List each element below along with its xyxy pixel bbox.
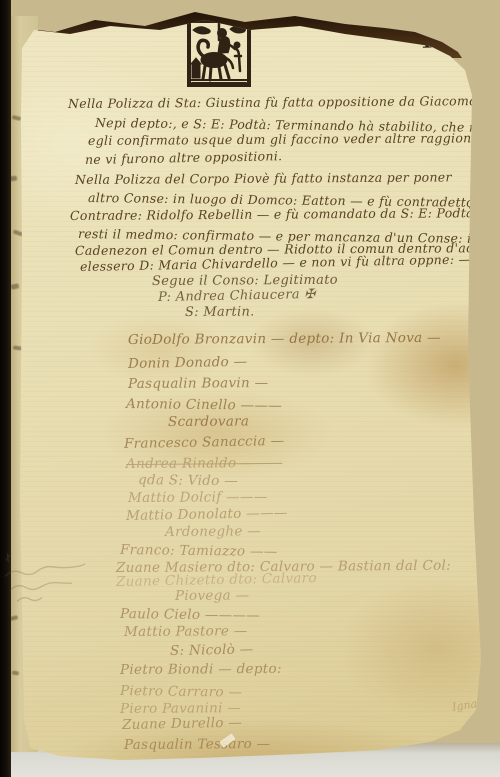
paragraph1-line: ne vi furono altre oppositioni. bbox=[85, 148, 283, 167]
roster-entry: Mattio Donolato ——— bbox=[126, 505, 288, 524]
roster-entry: Francesco Sanaccia — bbox=[124, 433, 285, 452]
ink-showthrough-mark bbox=[13, 345, 22, 350]
book-spine-edge bbox=[0, 0, 11, 777]
roster-entry: qda S: Vido — bbox=[138, 472, 238, 489]
closing-line: S: Martin. bbox=[185, 305, 255, 320]
paragraph1-line: egli confirmato usque dum gli faccino ve… bbox=[88, 130, 492, 148]
paragraph1-line: Nella Polizza di Sta: Giustina fù fatta … bbox=[68, 93, 494, 111]
photo-canvas: 157 bbox=[0, 0, 500, 777]
roster-entry: GioDolfo Bronzavin — depto: In Via Nova … bbox=[128, 330, 441, 348]
corner-catchword: Ignara bbox=[451, 695, 489, 714]
ink-showthrough-mark bbox=[11, 283, 20, 290]
roster-entry-struck: Andrea Rinaldo ——— bbox=[126, 455, 282, 472]
ink-showthrough-mark bbox=[13, 229, 24, 236]
closing-line: P: Andrea Chiaucera ✠ bbox=[158, 287, 316, 305]
st-martin-horseback-woodcut-icon bbox=[186, 18, 252, 90]
roster-entry: Pasqualin Boavin — bbox=[128, 375, 268, 392]
roster-entry: Mattio Pastore — bbox=[124, 623, 248, 640]
roster-entry: Mattio Dolcif ——— bbox=[128, 489, 268, 506]
roster-section-heading: Scardovara bbox=[168, 413, 249, 430]
roster-entry: Donin Donado — bbox=[128, 354, 248, 372]
faded-marginal-note bbox=[2, 550, 102, 610]
manuscript-page: 157 bbox=[16, 6, 494, 770]
ink-showthrough-mark bbox=[12, 115, 22, 121]
roster-entry: Antonio Cinello ——— bbox=[126, 396, 282, 414]
roster-entry: Pasqualin Tessaro — bbox=[124, 736, 270, 753]
paragraph2-line: Nella Polizza del Corpo Piovè fù fatto i… bbox=[75, 169, 452, 187]
roster-entry: Zuane Durello — bbox=[122, 715, 242, 733]
roster-entry: Franco: Tamiazzo —— bbox=[120, 542, 278, 560]
ink-showthrough-mark bbox=[12, 670, 20, 675]
roster-section-heading: Piovega — bbox=[175, 587, 249, 604]
roster-entry: Pietro Carraro — bbox=[120, 683, 242, 700]
roster-section-heading: S: Nicolò — bbox=[170, 641, 254, 659]
roster-section-heading: Ardoneghe — bbox=[165, 523, 261, 540]
paragraph2-line: Contradre: Ridolfo Rebellin — e fù coman… bbox=[70, 205, 500, 223]
roster-entry: Paulo Cielo ———— bbox=[120, 606, 260, 624]
roster-entry: Pietro Biondi — depto: bbox=[120, 661, 282, 678]
